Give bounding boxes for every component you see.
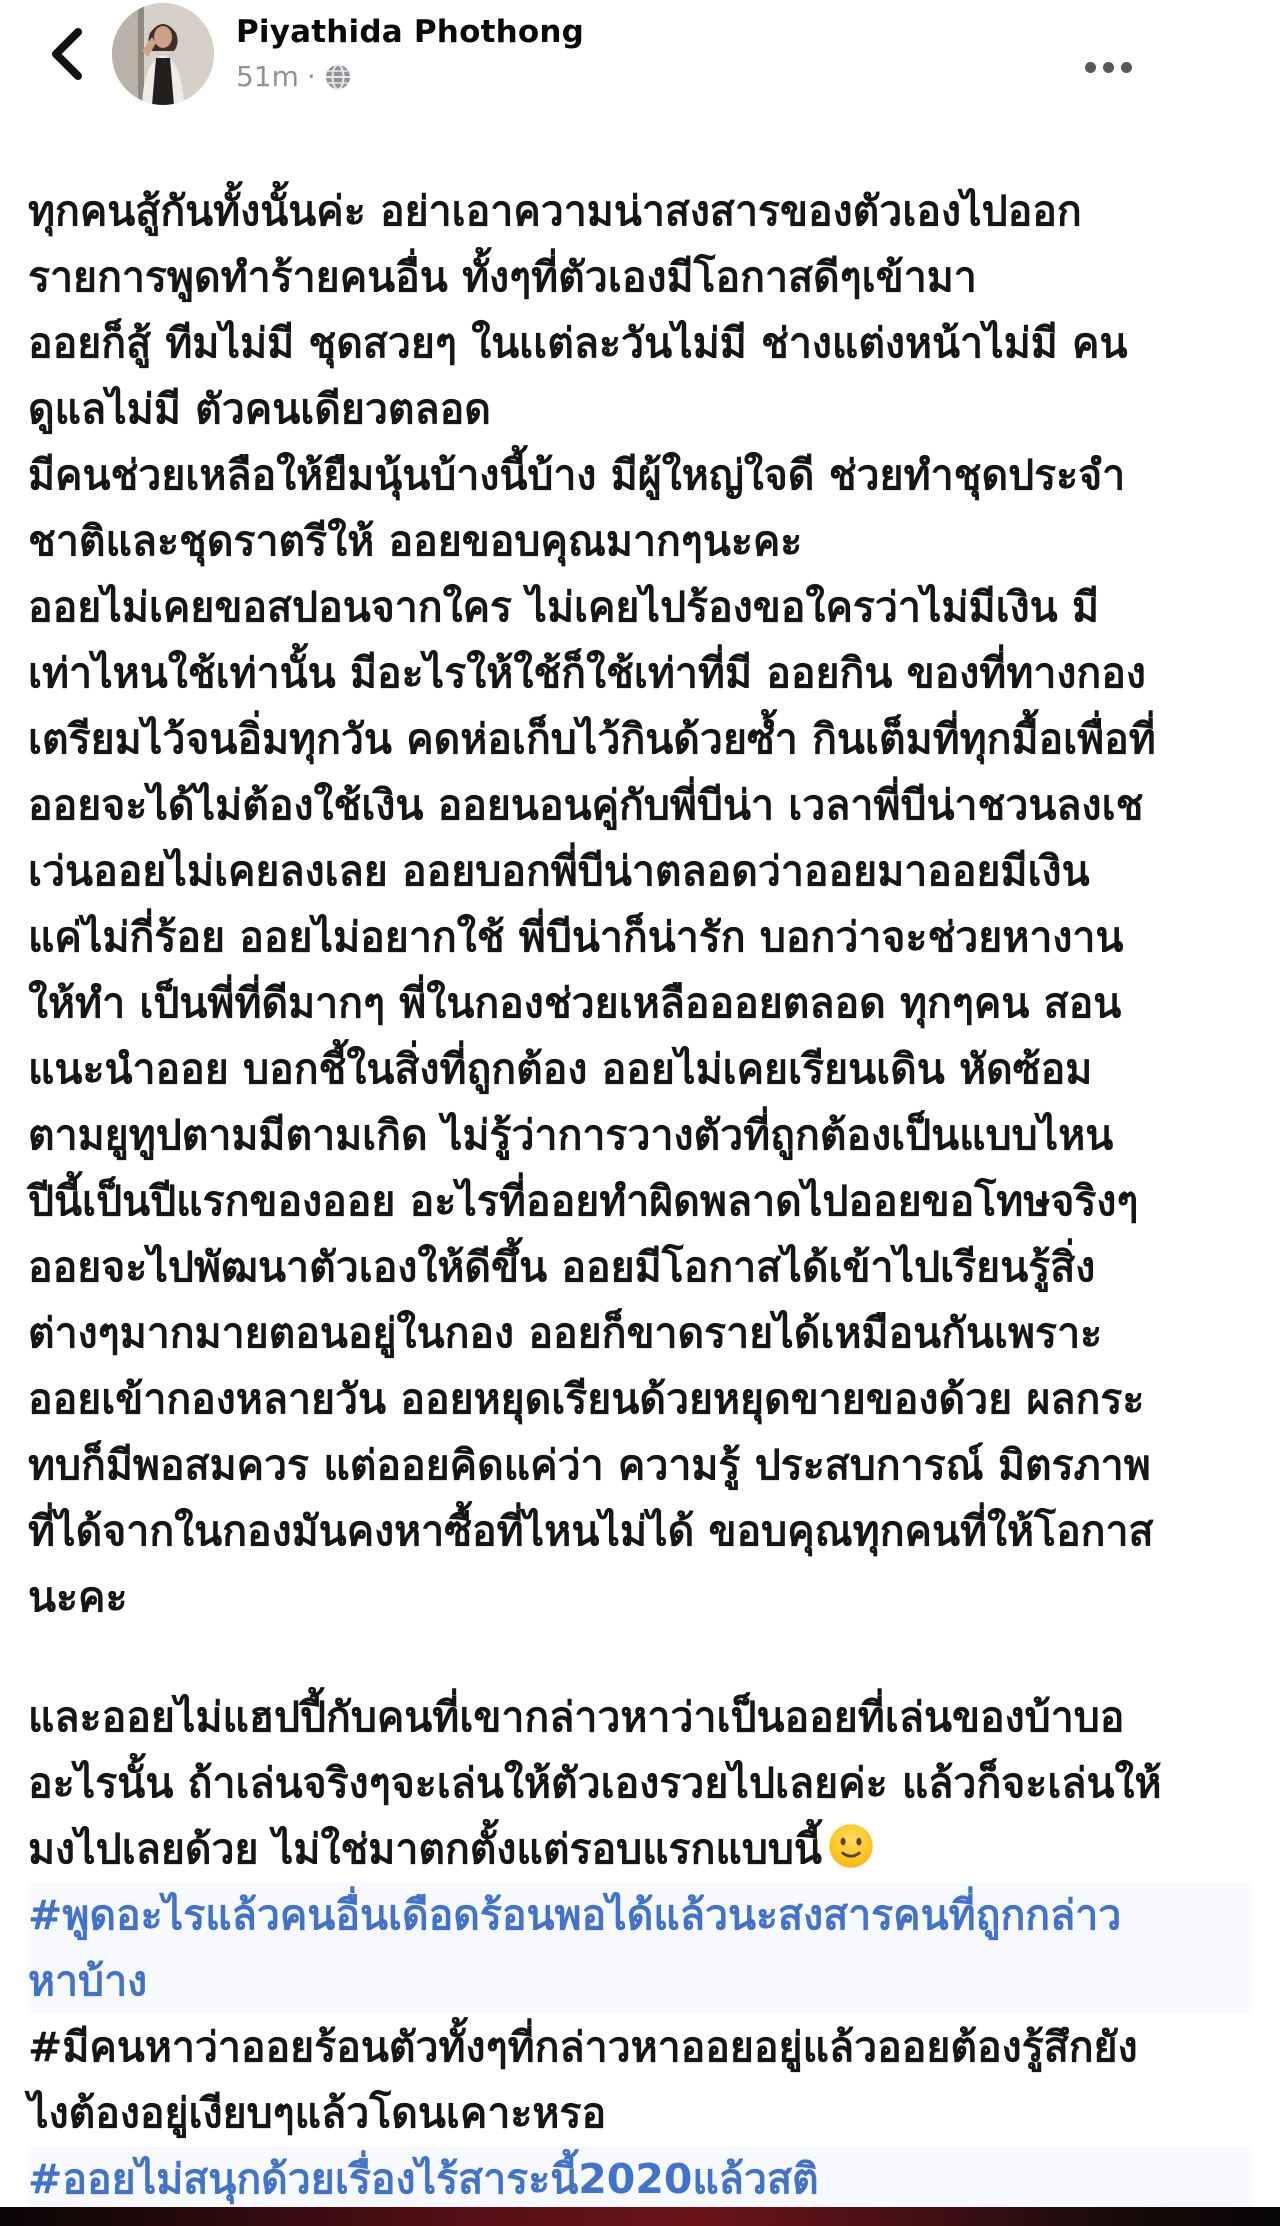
hashtag-line[interactable]: หาบ้าง: [28, 1948, 1252, 2014]
post-paragraph-2: และออยไม่แฮปปี้กับคนที่เขากล่าวหาว่าเป็น…: [28, 1684, 1252, 1882]
post-text-line: อะไรนั้น ถ้าเล่นจริงๆจะเล่นให้ตัวเองรวยไ…: [28, 1750, 1252, 1816]
profile-photo[interactable]: [112, 3, 214, 105]
author-block: Piyathida Phothong 51m ·: [236, 14, 584, 93]
post-text-line: ออยไม่เคยขอสปอนจากใคร ไม่เคยไปร้องขอใครว…: [28, 574, 1252, 640]
hashtag-line: #มีคนหาว่าออยร้อนตัวทั้งๆที่กล่าวหาออยอย…: [28, 2014, 1252, 2080]
post-text-line: ทบก็มีพอสมควร แต่ออยคิดแค่ว่า ความรู้ ปร…: [28, 1432, 1252, 1498]
globe-icon: [324, 63, 352, 91]
slightly-smiling-emoji: [828, 1822, 874, 1868]
post-text-line: เตรียมไว้จนอิ่มทุกวัน คดห่อเก็บไว้กินด้ว…: [28, 706, 1252, 772]
post-text-line: ต่างๆมากมายตอนอยู่ในกอง ออยก็ขาดรายได้เห…: [28, 1300, 1252, 1366]
ellipsis-icon: [1121, 62, 1132, 73]
hashtag-line[interactable]: #ออยไม่สนุกด้วยเรื่องไร้สาระนี้2020แล้วส…: [28, 2146, 1252, 2212]
post-text-line: มีคนช่วยเหลือให้ยืมนุ้นบ้างนี้บ้าง มีผู้…: [28, 442, 1252, 508]
author-name[interactable]: Piyathida Phothong: [236, 14, 584, 50]
cropped-next-image-strip: [0, 2207, 1280, 2226]
post-text-line: ที่ได้จากในกองมันคงหาซื้อที่ไหนไม่ได้ ขอ…: [28, 1498, 1252, 1564]
profile-photo-image: [112, 3, 214, 105]
post-text-line: และออยไม่แฮปปี้กับคนที่เขากล่าวหาว่าเป็น…: [28, 1684, 1252, 1750]
post-header: Piyathida Phothong 51m ·: [0, 0, 1280, 125]
post-text-line: ออยเข้ากองหลายวัน ออยหยุดเรียนด้วยหยุดขา…: [28, 1366, 1252, 1432]
post-text-line: ชาติและชุดราตรีให้ ออยขอบคุณมากๆนะคะ: [28, 508, 1252, 574]
post-text-line: รายการพูดทำร้ายคนอื่น ทั้งๆที่ตัวเองมีโอ…: [28, 244, 1252, 310]
post-text-line: ปีนี้เป็นปีแรกของออย อะไรที่ออยทำผิดพลาด…: [28, 1168, 1252, 1234]
post-paragraph-1: ทุกคนสู้กันทั้งนั้นค่ะ อย่าเอาความน่าสงส…: [28, 178, 1252, 1630]
post-text-line: แค่ไม่กี่ร้อย ออยไม่อยากใช้ พี่บีน่าก็น่…: [28, 904, 1252, 970]
post-text-line: เท่าไหนใช้เท่านั้น มีอะไรให้ใช้ก็ใช้เท่า…: [28, 640, 1252, 706]
post-body: ทุกคนสู้กันทั้งนั้นค่ะ อย่าเอาความน่าสงส…: [28, 178, 1252, 2212]
post-text-line: ออยจะได้ไม่ต้องใช้เงิน ออยนอนคู่กับพี่บี…: [28, 772, 1252, 838]
timestamp: 51m: [236, 60, 299, 93]
back-button[interactable]: [44, 24, 90, 84]
post-text-line: มงไปเลยด้วย ไม่ใช่มาตกตั้งแต่รอบแรกแบบนี…: [28, 1816, 1252, 1882]
post-text-line: ทุกคนสู้กันทั้งนั้นค่ะ อย่าเอาความน่าสงส…: [28, 178, 1252, 244]
hashtag-line[interactable]: #พูดอะไรแล้วคนอื่นเดือดร้อนพอได้แล้วนะสง…: [28, 1882, 1252, 1948]
post-text-line: ให้ทำ เป็นพี่ที่ดีมากๆ พี่ในกองช่วยเหลือ…: [28, 970, 1252, 1036]
meta-separator: ·: [307, 60, 316, 93]
ellipsis-icon: [1085, 62, 1096, 73]
post-text-line: ดูแลไม่มี ตัวคนเดียวตลอด: [28, 376, 1252, 442]
post-text-line: แนะนำออย บอกชี้ในสิ่งที่ถูกต้อง ออยไม่เค…: [28, 1036, 1252, 1102]
post-text-line: นะคะ: [28, 1564, 1252, 1630]
hashtag-line: ไงต้องอยู่เงียบๆแล้วโดนเคาะหรอ: [28, 2080, 1252, 2146]
more-options-button[interactable]: [1085, 52, 1143, 82]
ellipsis-icon: [1103, 62, 1114, 73]
post-meta: 51m ·: [236, 60, 584, 93]
post-text-line: ตามยูทูปตามมีตามเกิด ไม่รู้ว่าการวางตัวท…: [28, 1102, 1252, 1168]
post-text-line: เว่นออยไม่เคยลงเลย ออยบอกพี่บีน่าตลอดว่า…: [28, 838, 1252, 904]
chevron-left-icon: [44, 24, 90, 84]
post-text-line: ออยก็สู้ ทีมไม่มี ชุดสวยๆ ในเเต่ละวันไม่…: [28, 310, 1252, 376]
post-hashtags: #พูดอะไรแล้วคนอื่นเดือดร้อนพอได้แล้วนะสง…: [28, 1882, 1252, 2212]
post-text-line: ออยจะไปพัฒนาตัวเองให้ดีขึ้น ออยมีโอกาสได…: [28, 1234, 1252, 1300]
facebook-post-screen: Piyathida Phothong 51m · ทุกคนสู้กันทั้ง…: [0, 0, 1280, 2226]
